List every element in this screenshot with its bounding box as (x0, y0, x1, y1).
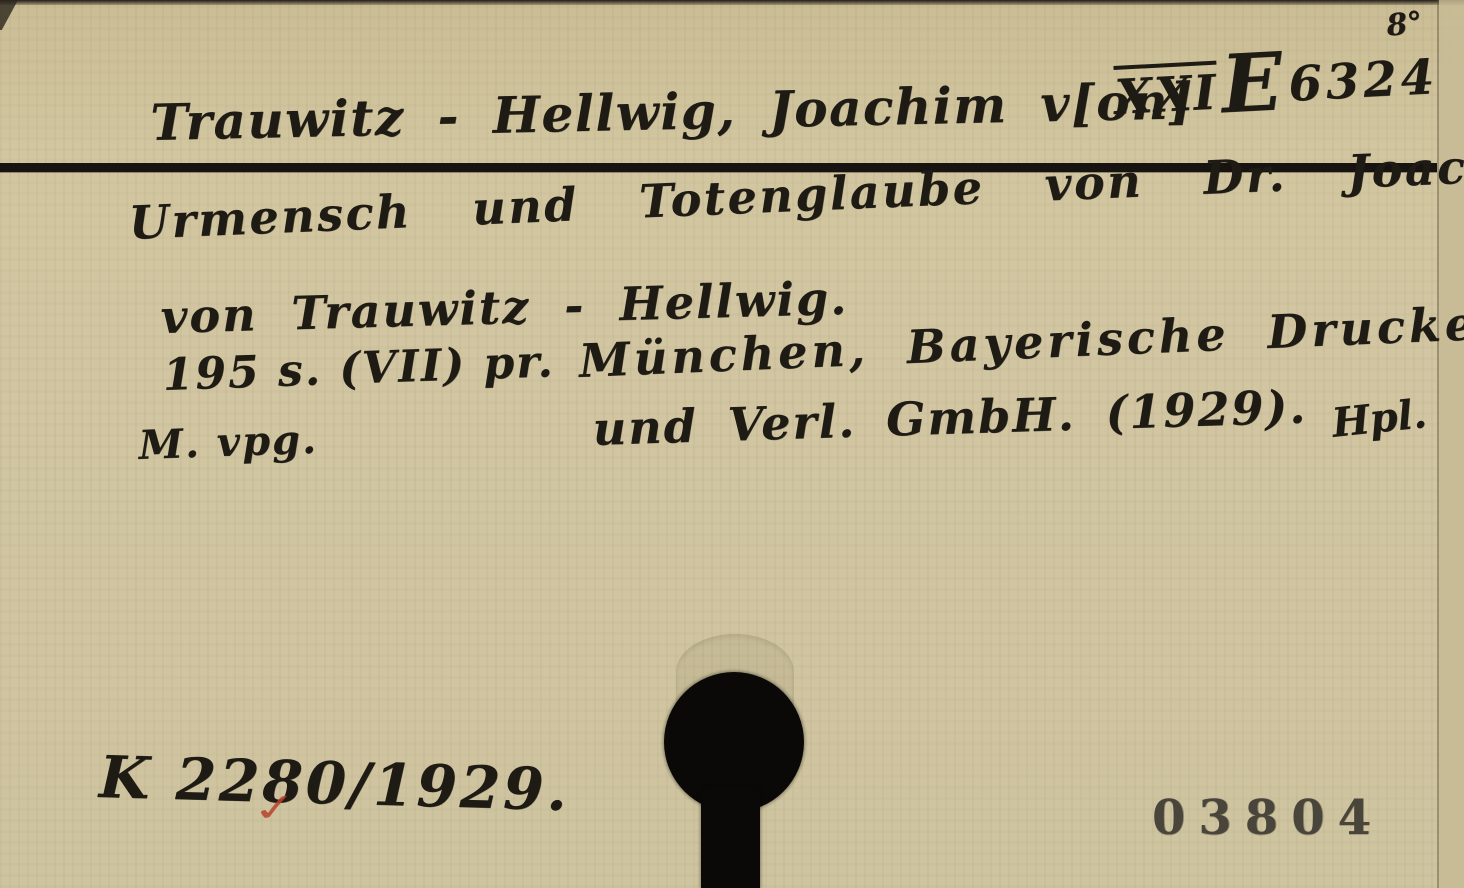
accession-number: K 2280/1929. (98, 748, 570, 819)
shelfmark-letter: E (1220, 49, 1284, 116)
collation-note: 195 s. (VII) pr. (162, 340, 555, 398)
punch-hole-slot (701, 788, 760, 888)
format-mark: 8° (1385, 8, 1424, 42)
imprint-line-2: und Verl. GmbH. (1929). (592, 384, 1308, 452)
catalog-card-scan: 8° XXI E 6324 Trauwitz - Hellwig, Joachi… (0, 0, 1464, 888)
scan-edge-top (0, 0, 1464, 5)
scan-edge-right (1437, 0, 1464, 888)
stamp-number: 03804 (1152, 790, 1384, 846)
copy-note: Hpl. (1330, 394, 1429, 444)
red-check-mark-icon: ✓ (250, 785, 301, 832)
shelfmark-number: 6324 (1287, 53, 1439, 109)
binding-note: M. vpg. (138, 420, 319, 466)
